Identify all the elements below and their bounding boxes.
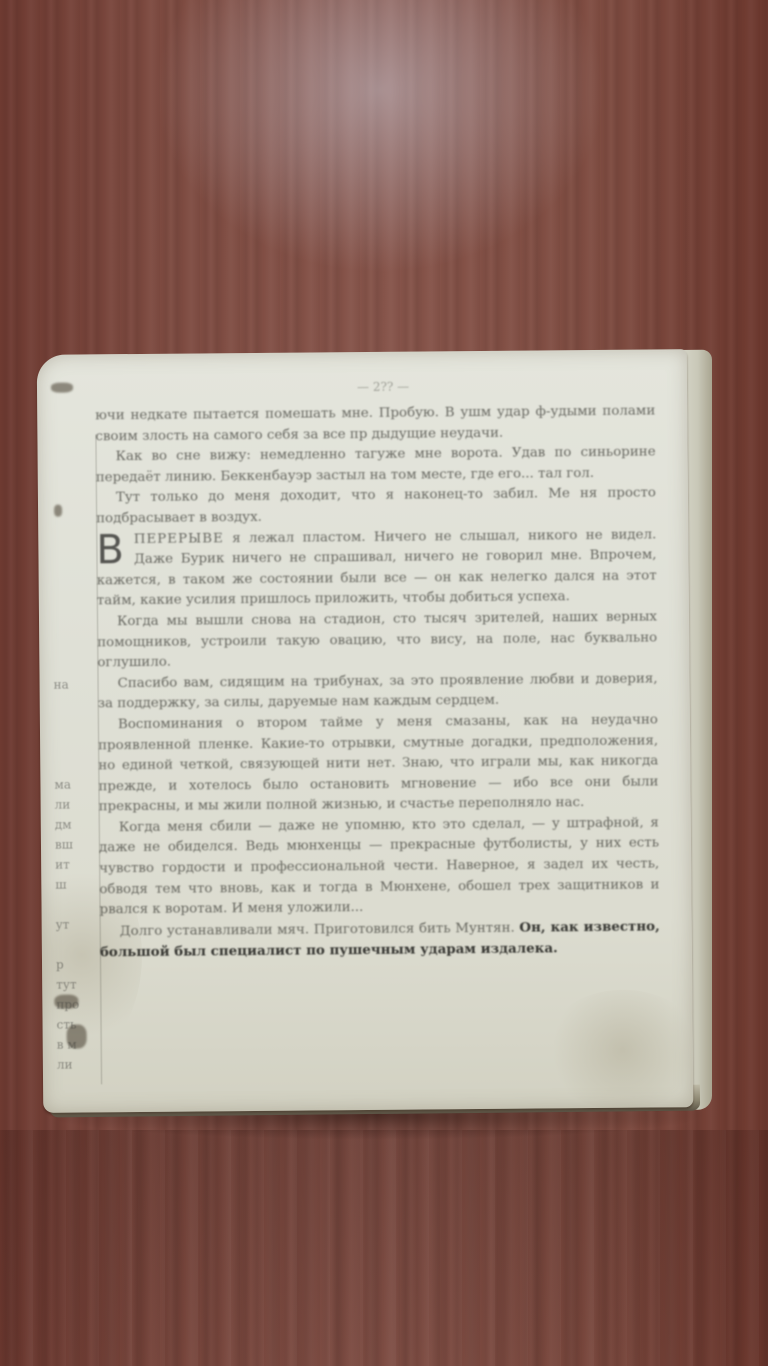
paragraph: Спасибо вам, сидящим на трибунах, за это… [97,669,657,715]
previous-page-column-fragment: на ма ли дм вш ит ш ут р тут про сть в м… [51,434,102,1084]
page-text: ючи недкате пытается помешать мне. Пробу… [95,401,660,964]
drop-cap: В [96,532,124,568]
chapter-section-paragraph: В ПЕРЕРЫВЕ я лежал пластом. Ничего не сл… [96,525,657,612]
paragraph-text: Долго устанавливали мяч. Приготовился би… [120,921,515,939]
book-page: — 2?? — на ма ли дм вш ит ш ут р тут про… [37,349,694,1113]
paragraph: Когда мы вышли снова на стадион, сто тыс… [97,607,658,674]
paper-stain [542,989,693,1110]
paragraph: Когда меня сбили — даже не упомню, кто э… [99,813,660,921]
paragraph: Воспоминания о втором тайме у меня смаза… [98,710,659,818]
page-number: — 2?? — [357,380,409,394]
section-lead-caps: ПЕРЕРЫВЕ [134,531,224,547]
paragraph: Как во сне вижу: немедленно тагуже мне в… [96,443,656,489]
wooden-table-surface [0,1130,768,1366]
paper-tear [51,383,73,393]
paragraph: Тут только до меня доходит, что я наконе… [96,484,656,530]
paragraph: ючи недкате пытается помешать мне. Пробу… [95,401,655,447]
paragraph: Долго устанавливали мяч. Приготовился би… [100,916,660,964]
